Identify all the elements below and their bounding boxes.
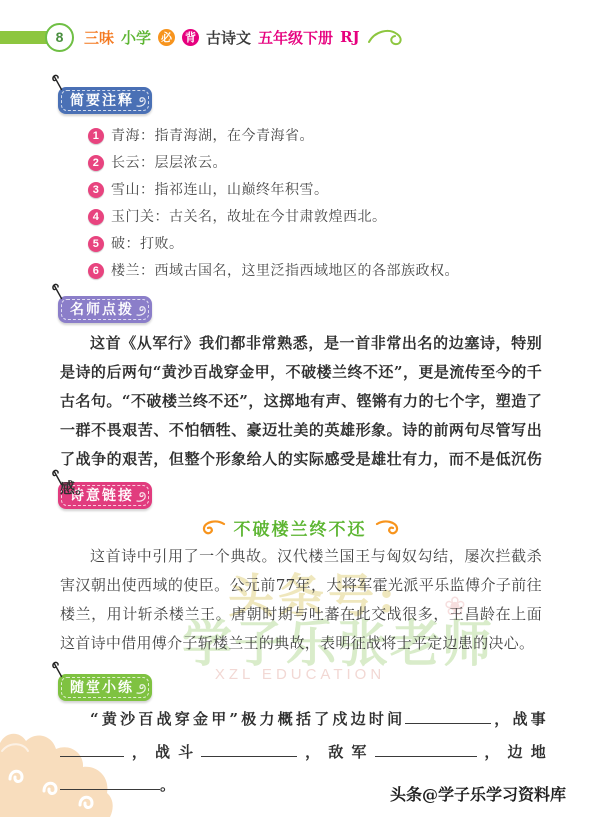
item-number-badge: 2 xyxy=(88,155,104,171)
section-title-label: 简要注释 xyxy=(70,92,134,108)
poetic-link-paragraph: 这首诗中引用了一个典故。汉代楼兰国王与匈奴勾结，屡次拦截杀害汉朝出使西域的使臣。… xyxy=(60,542,542,658)
blank-line xyxy=(405,709,491,724)
swirl-icon xyxy=(135,303,148,317)
item-text: 楼兰：西域古国名，这里泛指西域地区的各部族政权。 xyxy=(111,263,459,280)
blank-line xyxy=(201,742,297,757)
annotation-list: 1 青海：指青海湖，在今青海省。 2 长云：层层浓云。 3 雪山：指祁连山，山巅… xyxy=(88,128,548,290)
item-number-badge: 4 xyxy=(88,209,104,225)
pin-icon xyxy=(51,283,64,300)
item-number-badge: 6 xyxy=(88,263,104,279)
annotation-item: 2 长云：层层浓云。 xyxy=(88,155,548,182)
grade-label: 五年级下册 xyxy=(258,27,333,48)
cloud-curl-right-icon xyxy=(375,520,399,536)
edition-label: RJ xyxy=(340,28,360,46)
item-text: 破：打败。 xyxy=(111,236,184,253)
exercise-text: ，战事 xyxy=(491,710,546,728)
header-swirl-icon xyxy=(367,26,409,48)
section-badge-teacher-tips: 名师点拨 xyxy=(58,296,152,323)
item-number-badge: 1 xyxy=(88,128,104,144)
blank-line xyxy=(60,742,124,757)
section-title-label: 随堂小练 xyxy=(70,679,134,695)
level-label: 小学 xyxy=(121,27,151,48)
page-header: 8 三味 小学 必 背 古诗文 五年级下册 RJ xyxy=(0,22,600,52)
exercise-text: 。 xyxy=(160,776,175,794)
item-text: 长云：层层浓云。 xyxy=(111,155,227,172)
textbook-page: 8 三味 小学 必 背 古诗文 五年级下册 RJ 简要注释 1 青海：指青海湖，… xyxy=(0,0,600,817)
poetic-link-title: 不破楼兰终不还 xyxy=(234,515,367,540)
teacher-tips-paragraph: 这首《从军行》我们都非常熟悉，是一首非常出名的边塞诗，特别是诗的后两句“黄沙百战… xyxy=(60,329,542,503)
poetic-link-heading: 不破楼兰终不还 xyxy=(0,515,600,540)
header-title: 三味 小学 必 背 古诗文 五年级下册 RJ xyxy=(84,26,409,48)
item-number-badge: 5 xyxy=(88,236,104,252)
item-text: 雪山：指祁连山，山巅终年积雪。 xyxy=(111,182,329,199)
annotation-item: 5 破：打败。 xyxy=(88,236,548,263)
section-badge-annotations: 简要注释 xyxy=(58,87,152,114)
pin-icon xyxy=(51,74,64,91)
cloud-curl-left-icon xyxy=(202,520,226,536)
pin-icon xyxy=(51,661,64,678)
item-text: 玉门关：古关名，故址在今甘肃敦煌西北。 xyxy=(111,209,387,226)
exercise-text: ，敌军 xyxy=(297,743,374,761)
annotation-item: 3 雪山：指祁连山，山巅终年积雪。 xyxy=(88,182,548,209)
exercise-text: ，边地 xyxy=(477,743,546,761)
page-number: 8 xyxy=(45,23,74,52)
subject-label: 古诗文 xyxy=(206,27,251,48)
annotation-item: 1 青海：指青海湖，在今青海省。 xyxy=(88,128,548,155)
section-badge-practice: 随堂小练 xyxy=(58,674,152,701)
item-number-badge: 3 xyxy=(88,182,104,198)
section-title-label: 名师点拨 xyxy=(70,301,134,317)
blank-line xyxy=(375,742,477,757)
annotation-item: 6 楼兰：西域古国名，这里泛指西域地区的各部族政权。 xyxy=(88,263,548,290)
annotation-item: 4 玉门关：古关名，故址在今甘肃敦煌西北。 xyxy=(88,209,548,236)
swirl-icon xyxy=(135,94,148,108)
swirl-icon xyxy=(135,681,148,695)
badge-bi: 必 xyxy=(158,29,175,46)
badge-bei: 背 xyxy=(182,29,199,46)
bottom-credit: 头条@学子乐学习资料库 xyxy=(390,782,566,805)
item-text: 青海：指青海湖，在今青海省。 xyxy=(111,128,314,145)
blank-line xyxy=(60,775,160,790)
exercise-text: “黄沙百战穿金甲”极力概括了戍边时间 xyxy=(90,710,405,728)
series-logo: 三味 xyxy=(84,27,114,48)
exercise-text: ，战斗 xyxy=(124,743,201,761)
